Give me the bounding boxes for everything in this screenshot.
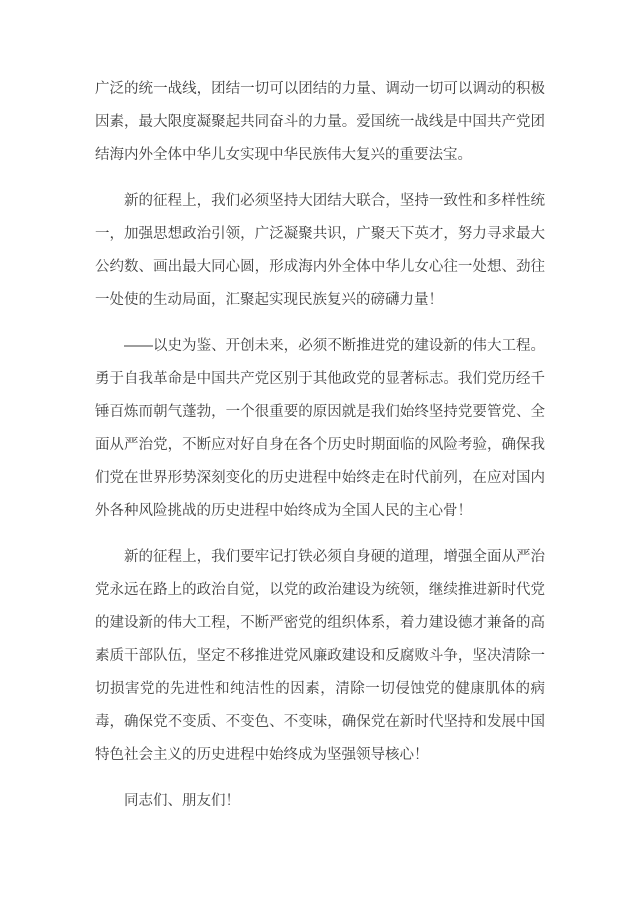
document-text-body: 广泛的统一战线，团结一切可以团结的力量、调动一切可以调动的积极因素，最大限度凝聚… — [95, 73, 545, 818]
paragraph-united-front: 广泛的统一战线，团结一切可以团结的力量、调动一切可以调动的积极因素，最大限度凝聚… — [95, 73, 545, 172]
paragraph-strict-governance: 新的征程上，我们要牢记打铁必须自身硬的道理，增强全面从严治党永远在路上的政治自觉… — [95, 541, 545, 772]
document-page: 广泛的统一战线，团结一切可以团结的力量、调动一切可以调动的积极因素，最大限度凝聚… — [0, 0, 639, 905]
paragraph-comrades-friends: 同志们、朋友们！ — [95, 785, 545, 818]
paragraph-party-building: ——以史为鉴、开创未来，必须不断推进党的建设新的伟大工程。勇于自我革命是中国共产… — [95, 330, 545, 528]
paragraph-new-journey-unity: 新的征程上，我们必须坚持大团结大联合，坚持一致性和多样性统一，加强思想政治引领，… — [95, 185, 545, 317]
